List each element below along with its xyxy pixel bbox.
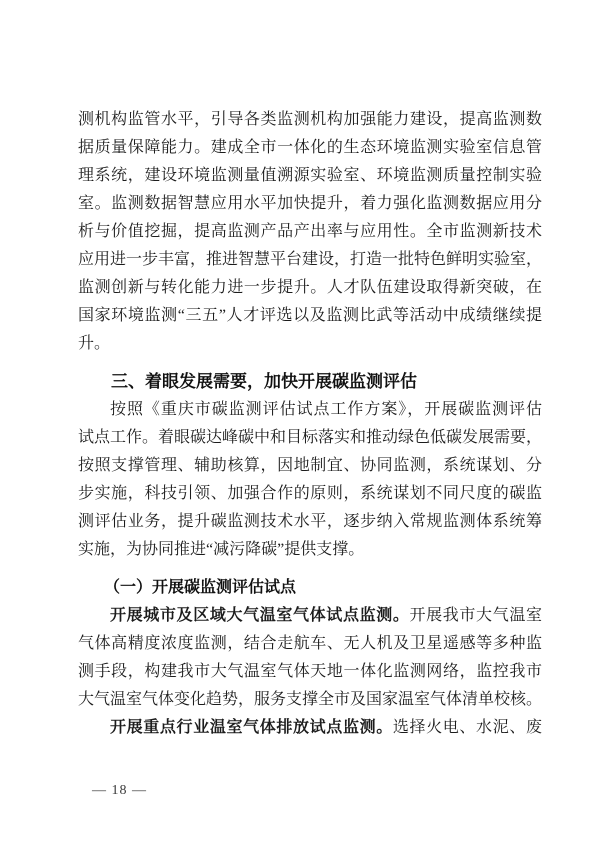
- text-line: 室。监测数据智慧应用水平加快提升，着力强化监测数据应用分: [78, 190, 542, 218]
- text-line: 测评估业务，提升碳监测技术水平，逐步纳入常规监测体系统筹: [78, 508, 542, 536]
- bold-lead-in: 开展重点行业温室气体排放试点监测。: [110, 719, 393, 736]
- text-line: 试点工作。着眼碳达峰碳中和目标落实和推动绿色低碳发展需要，: [78, 424, 542, 452]
- text-run: 开展我市大气温室: [410, 607, 542, 624]
- body-text: 测机构监管水平，引导各类监测机构加强能力建设，提高监测数 据质量保障能力。建成全…: [78, 106, 542, 742]
- bold-lead-in: 开展城市及区域大气温室气体试点监测。: [110, 607, 410, 624]
- paragraph-continuation: 测机构监管水平，引导各类监测机构加强能力建设，提高监测数 据质量保障能力。建成全…: [78, 106, 542, 358]
- document-page: 测机构监管水平，引导各类监测机构加强能力建设，提高监测数 据质量保障能力。建成全…: [0, 0, 600, 848]
- paragraph: 开展重点行业温室气体排放试点监测。选择火电、水泥、废: [78, 714, 542, 742]
- text-line: 实施，为协同推进“减污降碳”提供支撑。: [78, 536, 542, 564]
- subsection-heading: （一）开展碳监测评估试点: [78, 574, 542, 602]
- text-line: 步实施，科技引领、加强合作的原则，系统谋划不同尺度的碳监: [78, 480, 542, 508]
- section-heading: 三、着眼发展需要，加快开展碳监测评估: [78, 368, 542, 396]
- text-line: 按照支撑管理、辅助核算，因地制宜、协同监测，系统谋划、分: [78, 452, 542, 480]
- text-line: 监测创新与转化能力进一步提升。人才队伍建设取得新突破，在: [78, 274, 542, 302]
- text-line: 开展城市及区域大气温室气体试点监测。开展我市大气温室: [78, 602, 542, 630]
- text-line: 应用进一步丰富，推进智慧平台建设，打造一批特色鲜明实验室，: [78, 246, 542, 274]
- text-line: 测机构监管水平，引导各类监测机构加强能力建设，提高监测数: [78, 106, 542, 134]
- text-line: 大气温室气体变化趋势，服务支撑全市及国家温室气体清单校核。: [78, 686, 542, 714]
- text-line: 理系统，建设环境监测量值溯源实验室、环境监测质量控制实验: [78, 162, 542, 190]
- paragraph: 开展城市及区域大气温室气体试点监测。开展我市大气温室 气体高精度浓度监测，结合走…: [78, 602, 542, 714]
- text-line: 测手段，构建我市大气温室气体天地一体化监测网络，监控我市: [78, 658, 542, 686]
- text-run: 选择火电、水泥、废: [393, 719, 542, 736]
- text-line: 升。: [78, 330, 542, 358]
- text-line: 按照《重庆市碳监测评估试点工作方案》，开展碳监测评估: [78, 396, 542, 424]
- text-line: 开展重点行业温室气体排放试点监测。选择火电、水泥、废: [78, 714, 542, 742]
- text-line: 据质量保障能力。建成全市一体化的生态环境监测实验室信息管: [78, 134, 542, 162]
- text-line: 国家环境监测“三五”人才评选以及监测比武等活动中成绩继续提: [78, 302, 542, 330]
- text-line: 析与价值挖掘，提高监测产品产出率与应用性。全市监测新技术: [78, 218, 542, 246]
- paragraph: 按照《重庆市碳监测评估试点工作方案》，开展碳监测评估 试点工作。着眼碳达峰碳中和…: [78, 396, 542, 564]
- page-number: — 18 —: [92, 783, 147, 799]
- text-line: 气体高精度浓度监测，结合走航车、无人机及卫星遥感等多种监: [78, 630, 542, 658]
